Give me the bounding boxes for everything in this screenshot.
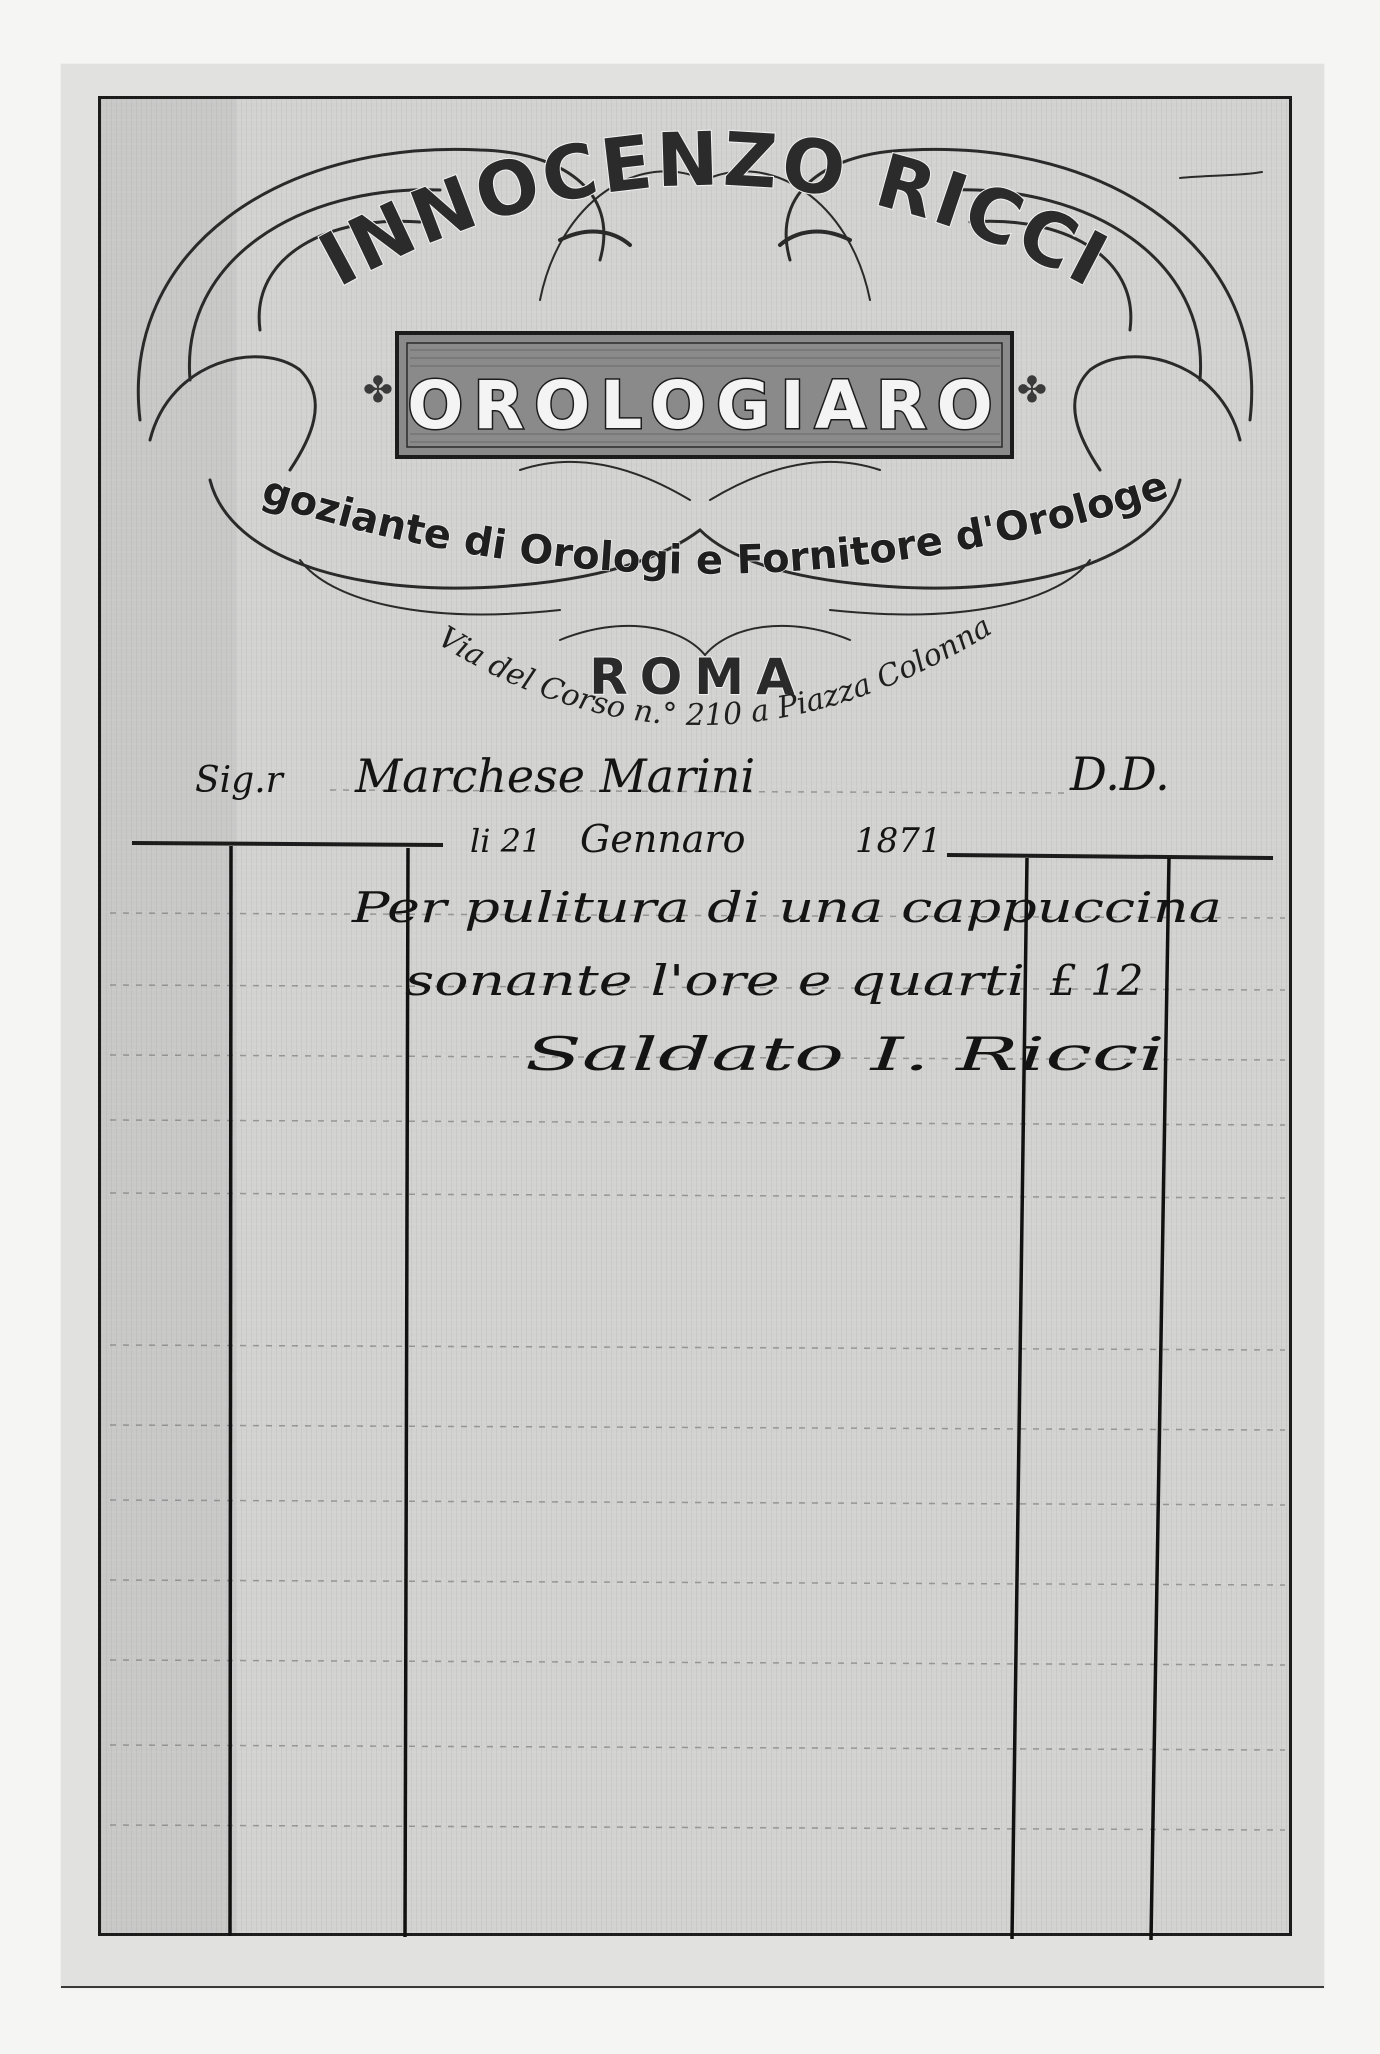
date-month: Gennaro	[580, 817, 746, 861]
trade-banner-label: OROLOGIARO	[407, 367, 1003, 444]
recipient-suffix: D.D.	[1069, 747, 1170, 801]
trade-banner: OROLOGIARO ✤ ✤	[363, 333, 1047, 457]
date-year: 1871	[855, 821, 942, 861]
signature: Saldato I. Ricci	[525, 1027, 1165, 1081]
merchant-subtitle: Negoziante di Orologi e Fornitore d'Orol…	[0, 0, 1173, 584]
recipient-name: Marchese Marini	[354, 749, 755, 803]
item-description-line-1: Per pulitura di una cappuccina	[351, 883, 1222, 932]
ruled-lines	[110, 790, 1285, 1830]
merchant-name: INNOCENZO RICCI	[306, 116, 1123, 304]
item-amount: £ 12	[1049, 956, 1144, 1005]
column-lines	[230, 846, 1169, 1940]
ornament-left-icon: ✤	[363, 370, 393, 411]
item-description-line-2: sonante l'ore e quarti	[405, 956, 1025, 1005]
document-artwork: INNOCENZO RICCI OROLOGIARO ✤ ✤ Negoziant…	[0, 0, 1380, 2054]
salutation: Sig.r	[195, 760, 285, 801]
date-day: li 21	[470, 822, 541, 860]
ornament-right-icon: ✤	[1017, 370, 1047, 411]
